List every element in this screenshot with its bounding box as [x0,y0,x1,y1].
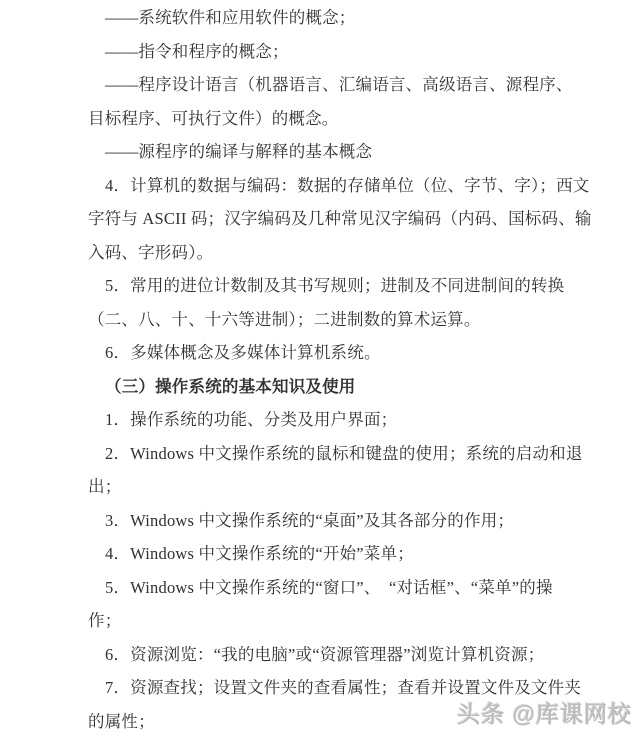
text-line: （二、八、十、十六等进制）；二进制数的算术运算。 [88,303,553,337]
text-line: 5．常用的进位计数制及其书写规则；进制及不同进制间的转换 [88,269,553,303]
text-line: 6．多媒体概念及多媒体计算机系统。 [88,336,553,370]
text-line: ——源程序的编译与解释的基本概念 [88,135,553,169]
text-line: 入码、字形码）。 [88,236,553,270]
toutiao-watermark: 头条 @库课网校 [457,696,632,729]
section-heading-line: （三）操作系统的基本知识及使用 [88,370,553,404]
text-line: 5．Windows 中文操作系统的“窗口”、 “对话框”、“菜单”的操 [88,571,553,605]
text-line: ——程序设计语言（机器语言、汇编语言、高级语言、源程序、 [88,68,553,102]
text-line: 作； [88,604,553,638]
document-body: ——系统软件和应用软件的概念；——指令和程序的概念；——程序设计语言（机器语言、… [88,1,553,738]
text-line: 目标程序、可执行文件）的概念。 [88,102,553,136]
text-line: 6．资源浏览：“我的电脑”或“资源管理器”浏览计算机资源； [88,638,553,672]
text-line: 1．操作系统的功能、分类及用户界面； [88,403,553,437]
text-line: 3．Windows 中文操作系统的“桌面”及其各部分的作用； [88,504,553,538]
text-line: ——指令和程序的概念； [88,35,553,69]
text-line: 4．计算机的数据与编码：数据的存储单位（位、字节、字）；西文 [88,169,553,203]
text-line: 2．Windows 中文操作系统的鼠标和键盘的使用；系统的启动和退 [88,437,553,471]
text-line: 4．Windows 中文操作系统的“开始”菜单； [88,537,553,571]
text-line: 字符与 ASCII 码；汉字编码及几种常见汉字编码（内码、国标码、输 [88,202,553,236]
text-line: ——系统软件和应用软件的概念； [88,1,553,35]
document-page: ——系统软件和应用软件的概念；——指令和程序的概念；——程序设计语言（机器语言、… [0,0,640,740]
text-line: 出； [88,470,553,504]
